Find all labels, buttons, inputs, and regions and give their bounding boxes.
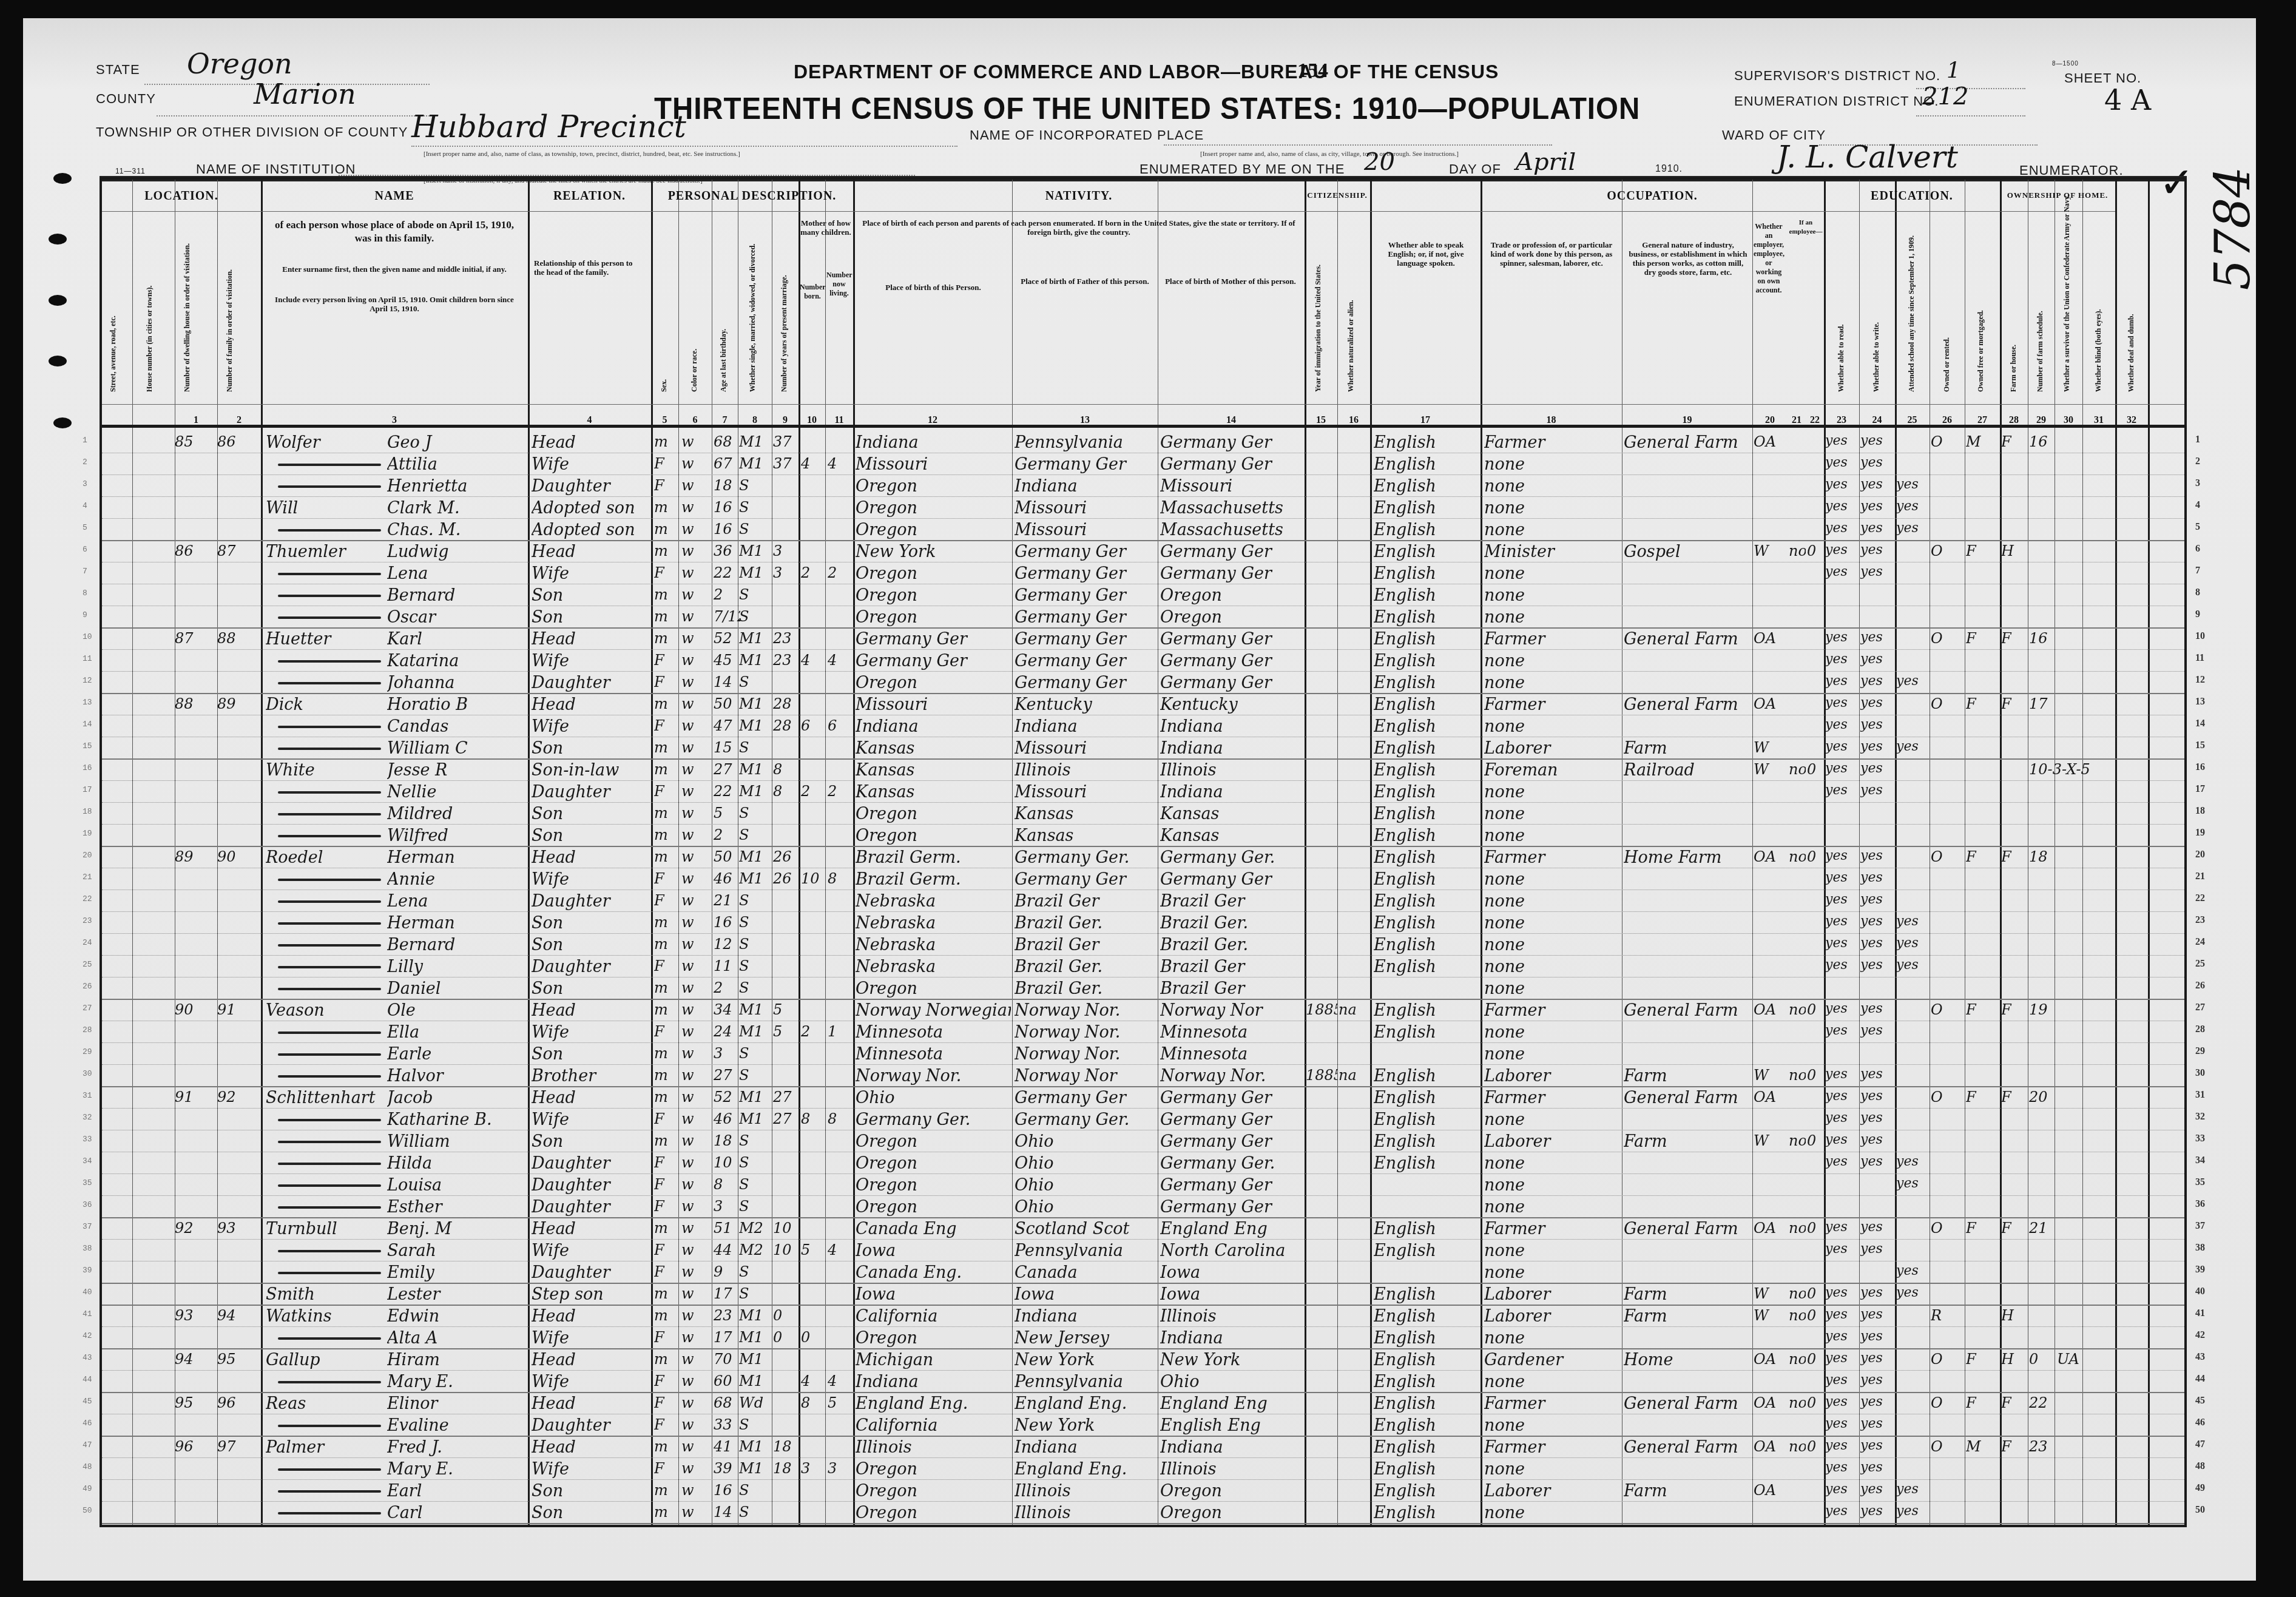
table-row: EarlSonmw16SOregonIllinoisOregonEnglishL… [102, 1479, 2184, 1501]
table-row: 9394WatkinsEdwinHeadmw23M10CaliforniaInd… [102, 1305, 2184, 1326]
can-write: yes [1860, 1504, 1894, 1519]
can-read: yes [1825, 1241, 1859, 1257]
father-birthplace: Ohio [1015, 1198, 1156, 1217]
sex: m [654, 521, 678, 538]
mother-birthplace: England Eng [1160, 1220, 1303, 1238]
race: w [681, 1220, 711, 1237]
birthplace: Nebraska [856, 892, 1011, 911]
birthplace: Iowa [856, 1241, 1011, 1260]
marital-status: S [739, 739, 772, 756]
table-row: WilfredSonmw2SOregonKansasKansasEnglishn… [102, 824, 2184, 846]
margin-line-number: 4 [83, 501, 87, 510]
can-read: yes [1825, 1089, 1859, 1104]
out-of-work: no [1789, 1067, 1806, 1084]
relation: Son [532, 1045, 650, 1064]
sex: m [654, 1067, 678, 1084]
margin-line-number: 6 [83, 545, 87, 554]
language: English [1374, 630, 1479, 649]
father-birthplace: New York [1015, 1416, 1156, 1435]
table-row: JohannaDaughterFw14SOregonGermany GerGer… [102, 671, 2184, 693]
farm-or-house: H [2001, 1307, 2028, 1324]
hdr-owned-rented: Owned or rented. [1943, 228, 1951, 392]
section-nativity: NATIVITY. [853, 189, 1305, 203]
industry: General Farm [1624, 1001, 1751, 1020]
father-birthplace: Germany Ger [1015, 455, 1156, 474]
hdr-race: Color or race. [690, 228, 698, 392]
can-write: yes [1860, 936, 1894, 951]
column-number: 18 [1481, 415, 1622, 426]
ditto-dash [278, 1053, 381, 1056]
column-number: 9 [772, 415, 799, 426]
industry: General Farm [1624, 695, 1751, 714]
margin-line-number: 27 [83, 1004, 92, 1013]
margin-line-number: 1 [83, 436, 87, 445]
farm-schedule: 16 [2029, 433, 2114, 450]
can-write: yes [1860, 783, 1894, 798]
employment-class: W [1754, 1285, 1786, 1302]
hdr-employer: Whether an employer, employee, or workin… [1754, 222, 1784, 295]
punch-hole [49, 234, 67, 245]
township-instruction: [Insert proper name and, also, name of c… [424, 150, 740, 158]
hdr-birth-person: Place of birth of this Person. [859, 283, 1007, 292]
given-name: Fred J. [387, 1438, 528, 1457]
mortgaged: F [1966, 848, 2000, 865]
employment-class: OA [1754, 1438, 1786, 1455]
mortgaged: F [1966, 1220, 2000, 1237]
relation: Head [532, 1220, 650, 1238]
mother-birthplace: Germany Ger [1160, 1110, 1303, 1129]
line-number: 22 [2195, 893, 2205, 904]
language: English [1374, 783, 1479, 802]
given-name: Benj. M [387, 1220, 528, 1238]
sex: m [654, 848, 678, 865]
race: w [681, 1067, 711, 1084]
years-married: 27 [773, 1089, 799, 1106]
table-row: 8990RoedelHermanHeadmw50M126Brazil Germ.… [102, 846, 2184, 868]
table-row: CarlSonmw14SOregonIllinoisOregonEnglishn… [102, 1501, 2184, 1523]
dwelling-number: 85 [175, 433, 217, 450]
margin-line-number: 36 [83, 1200, 92, 1209]
birthplace: New York [856, 542, 1011, 561]
marital-status: S [739, 936, 772, 953]
marital-status: M1 [739, 433, 772, 450]
given-name: Carl [387, 1504, 528, 1522]
language: English [1374, 564, 1479, 583]
race: w [681, 1394, 711, 1411]
farm-schedule: 23 [2029, 1438, 2114, 1455]
line-number: 39 [2195, 1264, 2205, 1275]
mother-birthplace: Germany Ger [1160, 630, 1303, 649]
given-name: Nellie [387, 783, 528, 802]
section-relation: RELATION. [528, 189, 651, 203]
mother-birthplace: Missouri [1160, 477, 1303, 496]
mother-birthplace: Kansas [1160, 826, 1303, 845]
mother-birthplace: Germany Ger [1160, 674, 1303, 692]
occupation: none [1484, 1329, 1621, 1348]
margin-line-number: 33 [83, 1135, 92, 1144]
race: w [681, 1329, 711, 1346]
ditto-dash [278, 485, 381, 488]
occupation: none [1484, 499, 1621, 518]
relation: Daughter [532, 1263, 650, 1282]
mother-birthplace: Brazil Ger [1160, 957, 1303, 976]
surname: Veason [266, 1001, 399, 1020]
mother-birthplace: New York [1160, 1351, 1303, 1369]
can-write: yes [1860, 433, 1894, 448]
hdr-name: of each person whose place of abode on A… [267, 218, 522, 245]
given-name: Halvor [387, 1067, 528, 1085]
ditto-dash [278, 1425, 381, 1427]
marital-status: S [739, 477, 772, 494]
occupation: none [1484, 957, 1621, 976]
column-number: 26 [1930, 415, 1965, 426]
table-row: Mary E.WifeFw60M144IndianaPennsylvaniaOh… [102, 1370, 2184, 1392]
can-write: yes [1860, 1351, 1894, 1366]
mother-birthplace: Illinois [1160, 761, 1303, 780]
years-married: 18 [773, 1460, 799, 1477]
ditto-dash [278, 660, 381, 663]
can-write: yes [1860, 1482, 1894, 1497]
line-number: 38 [2195, 1243, 2205, 1254]
given-name: Chas. M. [387, 521, 528, 539]
birthplace: Indiana [856, 433, 1011, 452]
column-number: 10 [799, 415, 825, 426]
out-of-work: no [1789, 1285, 1806, 1302]
ditto-dash [278, 1337, 381, 1340]
race: w [681, 630, 711, 647]
can-write: yes [1860, 1394, 1894, 1410]
table-row: OscarSonmw7/12SOregonGermany GerOregonEn… [102, 606, 2184, 627]
table-row: EvalineDaughterFw33SCaliforniaNew YorkEn… [102, 1414, 2184, 1436]
can-read: yes [1825, 674, 1859, 689]
can-write: yes [1860, 870, 1894, 885]
can-read: yes [1825, 1220, 1859, 1235]
can-read: yes [1825, 1416, 1859, 1431]
ditto-dash [278, 1206, 381, 1209]
marital-status: S [739, 979, 772, 996]
relation: Step son [532, 1285, 650, 1304]
can-read: yes [1825, 1023, 1859, 1038]
given-name: Karl [387, 630, 528, 649]
owned-rented: O [1931, 1220, 1965, 1237]
relation: Wife [532, 564, 650, 583]
employment-class: W [1754, 1067, 1786, 1084]
age: 22 [714, 783, 740, 800]
age: 45 [714, 652, 740, 669]
enumeration-day: 20 [1364, 148, 1395, 176]
margin-line-number: 5 [83, 523, 87, 532]
father-birthplace: Pennsylvania [1015, 1241, 1156, 1260]
table-row: BernardSonmw2SOregonGermany GerOregonEng… [102, 584, 2184, 606]
occupation: Laborer [1484, 1285, 1621, 1304]
language: English [1374, 608, 1479, 627]
marital-status: M1 [739, 870, 772, 887]
marital-status: S [739, 826, 772, 843]
column-number: 31 [2082, 415, 2115, 426]
enumeration-district-value: 212 [1922, 83, 1968, 110]
age: 2 [714, 826, 740, 843]
marital-status: M1 [739, 630, 772, 647]
given-name: William C [387, 739, 528, 758]
race: w [681, 761, 711, 778]
mortgaged: F [1966, 1001, 2000, 1018]
family-number: 96 [217, 1394, 261, 1411]
given-name: Hilda [387, 1154, 528, 1173]
given-name: Esther [387, 1198, 528, 1217]
can-write: yes [1860, 717, 1894, 732]
table-row: SmithLesterStep sonmw17SIowaIowaIowaEngl… [102, 1283, 2184, 1305]
children-born: 10 [801, 870, 825, 887]
can-read: yes [1825, 892, 1859, 907]
table-row: 9293TurnbullBenj. MHeadmw51M210Canada En… [102, 1217, 2184, 1239]
marital-status: M1 [739, 783, 772, 800]
children-born: 4 [801, 455, 825, 472]
race: w [681, 542, 711, 559]
table-row: LenaWifeFw22M1322OregonGermany GerGerman… [102, 562, 2184, 584]
language: English [1374, 1089, 1479, 1107]
birthplace: Kansas [856, 739, 1011, 758]
children-living: 4 [828, 455, 852, 472]
father-birthplace: Brazil Ger [1015, 936, 1156, 954]
can-read: yes [1825, 1307, 1859, 1322]
relation: Head [532, 542, 650, 561]
industry: General Farm [1624, 1438, 1751, 1457]
occupation: none [1484, 1460, 1621, 1479]
occupation: none [1484, 914, 1621, 933]
language: English [1374, 739, 1479, 758]
line-number: 36 [2195, 1199, 2205, 1210]
can-read: yes [1825, 957, 1859, 973]
line-number: 21 [2195, 871, 2205, 882]
farm-schedule: 21 [2029, 1220, 2114, 1237]
birthplace: Oregon [856, 826, 1011, 845]
marital-status: M1 [739, 717, 772, 734]
language: English [1374, 848, 1479, 867]
margin-line-number: 26 [83, 982, 92, 991]
age: 15 [714, 739, 740, 756]
can-write: yes [1860, 1023, 1894, 1038]
age: 46 [714, 870, 740, 887]
language: English [1374, 717, 1479, 736]
line-number: 24 [2195, 937, 2205, 948]
column-number: 29 [2028, 415, 2055, 426]
margin-line-number: 13 [83, 698, 92, 707]
line-number: 11 [2195, 653, 2204, 664]
language: English [1374, 957, 1479, 976]
table-row: HildaDaughterFw10SOregonOhioGermany Ger.… [102, 1152, 2184, 1173]
punch-hole [53, 417, 72, 428]
hdr-read: Whether able to read. [1837, 228, 1845, 392]
can-read: yes [1825, 1438, 1859, 1453]
margin-line-number: 21 [83, 873, 92, 882]
can-read: yes [1825, 1001, 1859, 1016]
line-number: 2 [2195, 456, 2200, 467]
margin-line-number: 32 [83, 1113, 92, 1122]
table-row: NellieDaughterFw22M1822KansasMissouriInd… [102, 780, 2184, 802]
race: w [681, 826, 711, 843]
table-row: AttiliaWifeFw67M13744MissouriGermany Ger… [102, 453, 2184, 474]
given-name: Lena [387, 564, 528, 583]
can-read: yes [1825, 761, 1859, 776]
ditto-dash [278, 1272, 381, 1274]
birthplace: Kansas [856, 783, 1011, 802]
language: English [1374, 1132, 1479, 1151]
supervisor-district-label: Supervisor's District No. [1734, 68, 1940, 84]
ditto-dash [278, 595, 381, 597]
industry: Farm [1624, 1285, 1751, 1304]
weeks-out: 0 [1807, 1067, 1824, 1084]
occupation: Laborer [1484, 1132, 1621, 1151]
line-number: 28 [2195, 1024, 2205, 1035]
margin-line-number: 37 [83, 1222, 92, 1231]
farm-or-house: F [2001, 1001, 2028, 1018]
family-number: 88 [217, 630, 261, 647]
out-of-work: no [1789, 1438, 1806, 1455]
children-born: 4 [801, 652, 825, 669]
language: English [1374, 1241, 1479, 1260]
surname: Wolfer [266, 433, 399, 452]
hdr-sex: Sex. [660, 331, 668, 392]
line-number: 13 [2195, 697, 2205, 707]
column-number: 32 [2115, 415, 2148, 426]
sex: F [654, 1372, 678, 1389]
race: w [681, 805, 711, 822]
dwelling-number: 95 [175, 1394, 217, 1411]
birthplace: Nebraska [856, 957, 1011, 976]
birthplace: Indiana [856, 1372, 1011, 1391]
occupation: none [1484, 477, 1621, 496]
relation: Wife [532, 1110, 650, 1129]
father-birthplace: New Jersey [1015, 1329, 1156, 1348]
children-living: 4 [828, 1372, 852, 1389]
mother-birthplace: English Eng [1160, 1416, 1303, 1435]
mother-birthplace: Germany Ger [1160, 564, 1303, 583]
race: w [681, 1198, 711, 1215]
farm-schedule: 17 [2029, 695, 2114, 712]
language: English [1374, 1110, 1479, 1129]
township-label: Township or other division of county [96, 124, 408, 140]
table-row: LillyDaughterFw11SNebraskaBrazil Ger.Bra… [102, 955, 2184, 977]
out-of-work: no [1789, 848, 1806, 865]
occupation: none [1484, 608, 1621, 627]
owned-rented: O [1931, 433, 1965, 450]
relation: Son-in-law [532, 761, 650, 780]
age: 16 [714, 914, 740, 931]
table-row: 8889DickHoratio BHeadmw50M128MissouriKen… [102, 693, 2184, 715]
sex: m [654, 1220, 678, 1237]
sex: F [654, 1263, 678, 1280]
father-birthplace: Ohio [1015, 1154, 1156, 1173]
ditto-dash [278, 813, 381, 815]
margin-line-number: 50 [83, 1506, 92, 1515]
family-number: 91 [217, 1001, 261, 1018]
margin-line-number: 18 [83, 807, 92, 816]
immigration-year: 1885 [1306, 1067, 1337, 1084]
weeks-out: 0 [1807, 848, 1824, 865]
table-row: SarahWifeFw44M21054IowaPennsylvaniaNorth… [102, 1239, 2184, 1261]
age: 16 [714, 499, 740, 516]
line-number: 16 [2195, 762, 2205, 773]
children-born: 0 [801, 1329, 825, 1346]
father-birthplace: Norway Nor. [1015, 1023, 1156, 1042]
surname: Watkins [266, 1307, 399, 1326]
can-write: yes [1860, 695, 1894, 711]
birthplace: Oregon [856, 1154, 1011, 1173]
farm-or-house: F [2001, 433, 2028, 450]
father-birthplace: Iowa [1015, 1285, 1156, 1304]
line-number: 47 [2195, 1439, 2205, 1450]
race: w [681, 1241, 711, 1258]
mother-birthplace: Germany Ger. [1160, 848, 1303, 867]
birthplace: Ohio [856, 1089, 1011, 1107]
language: English [1374, 914, 1479, 933]
occupation: none [1484, 783, 1621, 802]
birthplace: Oregon [856, 564, 1011, 583]
given-name: Alta A [387, 1329, 528, 1348]
column-number: 3 [261, 415, 528, 426]
language: English [1374, 521, 1479, 539]
relation: Head [532, 1307, 650, 1326]
sex: m [654, 630, 678, 647]
marital-status: S [739, 499, 772, 516]
ditto-dash [278, 1075, 381, 1078]
line-number: 15 [2195, 740, 2205, 751]
language: English [1374, 1220, 1479, 1238]
birthplace: Oregon [856, 1460, 1011, 1479]
marital-status: M1 [739, 1438, 772, 1455]
hdr-industry: General nature of industry, business, or… [1627, 240, 1749, 277]
weeks-out: 0 [1807, 1220, 1824, 1237]
race: w [681, 586, 711, 603]
father-birthplace: Missouri [1015, 783, 1156, 802]
given-name: Herman [387, 914, 528, 933]
marital-status: M1 [739, 848, 772, 865]
given-name: Candas [387, 717, 528, 736]
naturalization: na [1339, 1001, 1369, 1018]
ditto-dash [278, 1119, 381, 1121]
father-birthplace: Kansas [1015, 805, 1156, 823]
language: English [1374, 1001, 1479, 1020]
family-number: 94 [217, 1307, 261, 1324]
race: w [681, 739, 711, 756]
relation: Daughter [532, 477, 650, 496]
father-birthplace: Germany Ger [1015, 870, 1156, 889]
employment-class: OA [1754, 1001, 1786, 1018]
race: w [681, 783, 711, 800]
occupation: none [1484, 1045, 1621, 1064]
can-read: yes [1825, 870, 1859, 885]
age: 52 [714, 1089, 740, 1106]
occupation: none [1484, 1372, 1621, 1391]
dwelling-number: 89 [175, 848, 217, 865]
can-write: yes [1860, 1372, 1894, 1388]
race: w [681, 477, 711, 494]
attended-school: yes [1896, 477, 1929, 492]
line-number: 10 [2195, 631, 2205, 642]
attended-school: yes [1896, 499, 1929, 514]
margin-line-number: 46 [83, 1419, 92, 1428]
margin-line-number: 22 [83, 894, 92, 903]
marital-status: M1 [739, 1110, 772, 1127]
table-row: 9495GallupHiramHeadmw70M1MichiganNew Yor… [102, 1348, 2184, 1370]
ditto-dash [278, 1381, 381, 1383]
table-row: KatarinaWifeFw45M12344Germany GerGermany… [102, 649, 2184, 671]
margin-line-number: 14 [83, 720, 92, 729]
race: w [681, 1504, 711, 1521]
marital-status: M1 [739, 761, 772, 778]
can-read: yes [1825, 914, 1859, 929]
margin-line-number: 49 [83, 1484, 92, 1493]
